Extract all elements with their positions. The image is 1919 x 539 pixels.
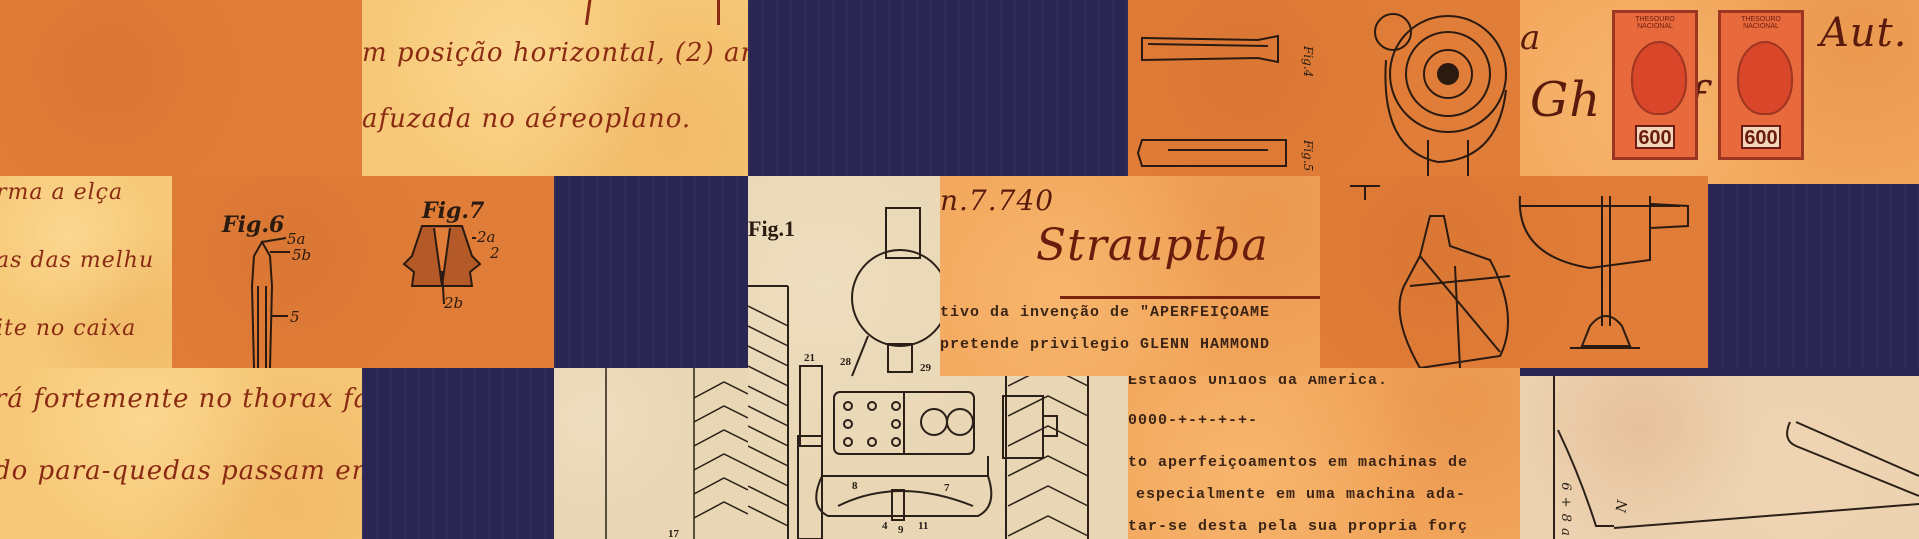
underline xyxy=(1060,296,1320,299)
typed-patent-document-lower: Estados Unidos da America. 0000-+-+-+-+-… xyxy=(1128,368,1520,539)
nozzle-drawing-icon xyxy=(172,176,554,368)
typed-line: pretende privilegio GLENN HAMMOND xyxy=(940,336,1270,353)
typed-line: to aperfeiçoamentos em machinas de xyxy=(1128,454,1468,471)
manuscript-line: ite no caixa xyxy=(0,316,136,341)
manuscript-line: rá fortemente no thorax fa xyxy=(0,384,362,414)
beige-panel-lower-left: 17 xyxy=(554,368,748,539)
stamp-value: 600 xyxy=(1635,125,1675,149)
handwritten-manuscript-bottom: rá fortemente no thorax fa do para-queda… xyxy=(0,368,362,539)
navy-panel-right xyxy=(1708,184,1919,368)
handwritten-manuscript-top: m posição horizontal, (2) ar afuzada no … xyxy=(362,0,748,176)
portrait-icon xyxy=(1631,41,1687,115)
manuscript-line: as das melhu xyxy=(0,248,154,273)
typed-line: 0000-+-+-+-+- xyxy=(1128,412,1258,429)
typed-line: tivo da invenção de "APERFEIÇOAME xyxy=(940,304,1270,321)
stamp-value: 600 xyxy=(1741,125,1781,149)
patent-figures-6-7: Fig.6 5a 5b 5 Fig.7 2a 2 2b xyxy=(172,176,554,368)
lamp-drawing-icon xyxy=(1320,176,1708,368)
postage-stamp: THESOURO NACIONAL 600 xyxy=(1718,10,1804,160)
postage-stamp: THESOURO NACIONAL 600 xyxy=(1612,10,1698,160)
patent-drawing-wing: N 6 + 8 a xyxy=(1520,376,1919,539)
document-number: n.7.740 xyxy=(940,184,1054,217)
manuscript-line: afuzada no aéreoplano. xyxy=(362,104,691,134)
navy-panel-middle xyxy=(554,176,748,368)
navy-panel-top-center xyxy=(748,0,1128,176)
stamped-document: a Aut. Gh r ef THESOURO NACIONAL 600 THE… xyxy=(1520,0,1919,184)
navy-panel-lower-left xyxy=(362,368,554,539)
handwritten-manuscript-left: rma a elça as das melhu ite no caixa xyxy=(0,176,172,368)
cylinder-drawings-icon: Fig.4 Fig.5 xyxy=(1128,0,1520,176)
typed-line: especialmente em uma machina ada- xyxy=(1136,486,1466,503)
hatching-icon xyxy=(554,368,748,539)
signature-text: Aut. xyxy=(1820,10,1907,56)
manuscript-line: rma a elça xyxy=(0,180,123,205)
drawing-callout: N xyxy=(1614,498,1632,514)
document-signature: Strauptba xyxy=(1036,220,1269,271)
orange-panel-top-left xyxy=(0,0,362,176)
typed-line: tar-se desta pela sua propria forç xyxy=(1128,518,1468,535)
manuscript-line: do para-quedas passam em peq xyxy=(0,456,362,486)
patent-drawing-lamps xyxy=(1320,176,1708,368)
signature-text: a xyxy=(1520,18,1541,58)
typed-patent-document: n.7.740 Strauptba tivo da invenção de "A… xyxy=(940,176,1320,376)
drawing-callout: 6 + 8 a xyxy=(1558,482,1573,537)
portrait-icon xyxy=(1737,41,1793,115)
svg-text:Fig.4: Fig.4 xyxy=(1301,45,1315,77)
patent-drawing-cylinders: Fig.4 Fig.5 xyxy=(1128,0,1520,176)
manuscript-line: m posição horizontal, (2) ar xyxy=(362,38,748,68)
svg-text:Fig.5: Fig.5 xyxy=(1301,139,1315,171)
wing-drawing-icon xyxy=(1520,376,1919,539)
